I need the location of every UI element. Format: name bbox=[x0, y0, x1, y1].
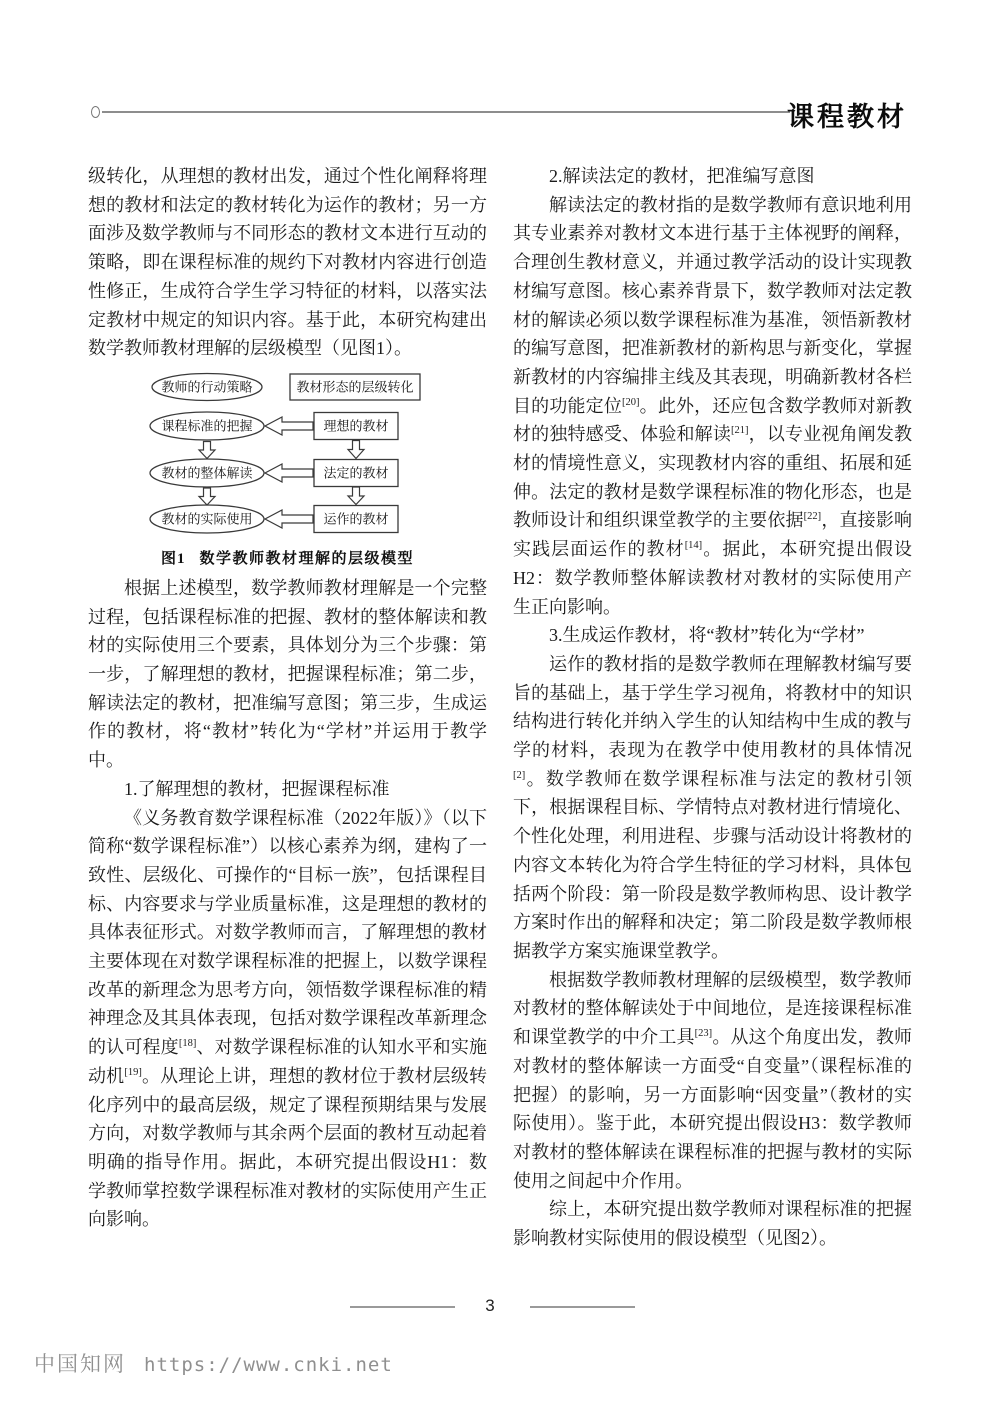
paragraph-text: 解读法定的教材指的是数学教师有意识地利用其专业素养对教材文本进行基于主体视野的阐… bbox=[513, 195, 912, 416]
citation-ref: [22] bbox=[804, 511, 822, 522]
pageno-rule-right bbox=[530, 1306, 635, 1308]
citation-ref: [18] bbox=[179, 1038, 197, 1049]
paragraph-text: 。从理论上讲，理想的教材位于教材层级转化序列中的最高层级，规定了课程预期结果与发… bbox=[88, 1066, 487, 1230]
paragraph-continued: 级转化，从理想的教材出发，通过个性化阐释将理想的教材和法定的教材转化为运作的教材… bbox=[88, 162, 487, 363]
citation-ref: [19] bbox=[124, 1067, 142, 1078]
cnki-watermark: 中国知网https://www.cnki.net bbox=[34, 1348, 393, 1378]
citation-ref: [2] bbox=[513, 770, 525, 781]
section-title: 课程教材 bbox=[787, 95, 907, 134]
footer-pagination: 3 bbox=[0, 1296, 1000, 1320]
paragraph: 根据上述模型，数学教师教材理解是一个完整过程，包括课程标准的把握、教材的整体解读… bbox=[88, 574, 487, 775]
page-body: 级转化，从理想的教材出发，通过个性化阐释将理想的教材和法定的教材转化为运作的教材… bbox=[88, 162, 912, 1253]
node-label: 课程标准的把握 bbox=[161, 418, 252, 433]
left-arrow-icon bbox=[265, 510, 313, 528]
cnki-url: https://www.cnki.net bbox=[144, 1354, 393, 1376]
down-arrow-icon bbox=[348, 440, 364, 458]
paragraph: 《义务教育数学课程标准（2022年版）》（以下简称“数学课程标准”）以核心素养为… bbox=[88, 804, 487, 1235]
figure-1-caption: 图1数学教师教材理解的层级模型 bbox=[88, 547, 487, 568]
paragraph-text: 运作的教材指的是数学教师在理解教材编写要旨的基础上，基于学生学习视角，将教材中的… bbox=[513, 654, 912, 760]
figure-1: 教师的行动策略 课程标准的把握 教材的整体解读 教材的实际使用 教材形态的层级转… bbox=[88, 371, 487, 568]
left-arrow-icon bbox=[265, 464, 313, 482]
header-rule-line bbox=[102, 111, 790, 113]
cnki-site-name: 中国知网 bbox=[34, 1352, 126, 1376]
left-arrow-icon bbox=[265, 417, 313, 435]
paragraph-text: 《义务教育数学课程标准（2022年版）》（以下简称“数学课程标准”）以核心素养为… bbox=[88, 808, 487, 1058]
citation-ref: [21] bbox=[731, 425, 749, 436]
paragraph-text: 。从这个角度出发，教师对教材的整体解读一方面受“自变量”（课程标准的把握）的影响… bbox=[513, 1027, 912, 1191]
node-label: 理想的教材 bbox=[323, 418, 388, 433]
figure-1-caption-label: 图1 bbox=[161, 551, 186, 567]
figure-1-caption-title: 数学教师教材理解的层级模型 bbox=[200, 551, 415, 567]
section-heading-1: 1.了解理想的教材，把握课程标准 bbox=[88, 775, 487, 804]
pageno-rule-left bbox=[350, 1306, 455, 1308]
node-label: 教材的整体解读 bbox=[161, 465, 252, 480]
node-label: 教材的实际使用 bbox=[161, 511, 252, 526]
citation-ref: [14] bbox=[685, 540, 703, 551]
node-label: 运作的教材 bbox=[323, 511, 388, 526]
header-rule-dot-icon bbox=[91, 106, 100, 118]
page-number: 3 bbox=[470, 1296, 510, 1316]
paragraph: 运作的教材指的是数学教师在理解教材编写要旨的基础上，基于学生学习视角，将教材中的… bbox=[513, 650, 912, 966]
down-arrow-icon bbox=[348, 487, 364, 505]
down-arrow-icon bbox=[199, 488, 215, 505]
figure-1-diagram: 教师的行动策略 课程标准的把握 教材的整体解读 教材的实际使用 教材形态的层级转… bbox=[132, 371, 432, 541]
citation-ref: [20] bbox=[622, 397, 640, 408]
node-label: 法定的教材 bbox=[323, 465, 388, 480]
left-column: 级转化，从理想的教材出发，通过个性化阐释将理想的教材和法定的教材转化为运作的教材… bbox=[88, 162, 487, 1253]
node-label: 教材形态的层级转化 bbox=[296, 379, 413, 394]
citation-ref: [23] bbox=[695, 1028, 713, 1039]
paragraph: 解读法定的教材指的是数学教师有意识地利用其专业素养对教材文本进行基于主体视野的阐… bbox=[513, 191, 912, 622]
paragraph-text: 。数学教师在数学课程标准与法定的教材引领下，根据课程目标、学情特点对教材进行情境… bbox=[513, 769, 912, 961]
down-arrow-icon bbox=[199, 441, 215, 458]
section-heading-2: 2.解读法定的教材，把准编写意图 bbox=[513, 162, 912, 191]
node-label: 教师的行动策略 bbox=[161, 379, 252, 394]
paragraph: 综上，本研究提出数学教师对课程标准的把握影响教材实际使用的假设模型（见图2）。 bbox=[513, 1195, 912, 1252]
paragraph: 根据数学教师教材理解的层级模型，数学教师对教材的整体解读处于中间地位，是连接课程… bbox=[513, 966, 912, 1196]
right-column: 2.解读法定的教材，把准编写意图 解读法定的教材指的是数学教师有意识地利用其专业… bbox=[513, 162, 912, 1253]
section-heading-3: 3.生成运作教材，将“教材”转化为“学材” bbox=[513, 621, 912, 650]
paper-page: 课程教材 级转化，从理想的教材出发，通过个性化阐释将理想的教材和法定的教材转化为… bbox=[0, 0, 1000, 1415]
